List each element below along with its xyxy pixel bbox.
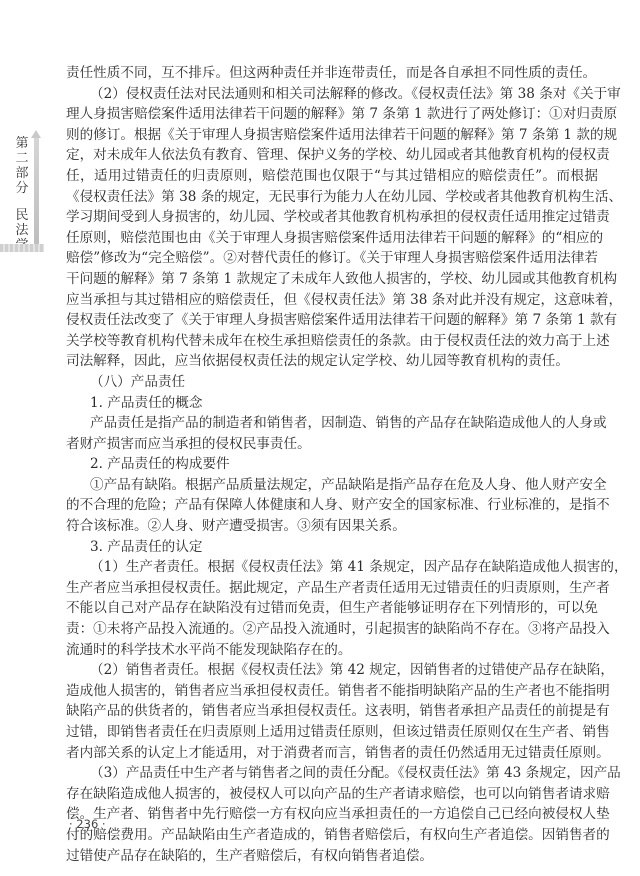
text-line: 干问题的解释》第 7 条第 1 款规定了未成年人致他人损害的，学校、幼儿园或其他… bbox=[66, 269, 598, 290]
text-line: 付的赔偿费用。产品缺陷由生产者造成的，销售者赔偿后，有权向生产者追偿。因销售者的 bbox=[66, 825, 598, 846]
side-gap bbox=[14, 196, 30, 208]
text-line: 定，对未成年人依法负有教育、管理、保护义务的学校、幼儿园或者其他教育机构的侵权责 bbox=[66, 145, 598, 166]
text-line: 3. 产品责任的认定 bbox=[66, 537, 598, 558]
text-line: 侵权责任法改变了《关于审理人身损害赔偿案件适用法律若干问题的解释》第 7 条第 … bbox=[66, 310, 598, 331]
text-line: 《侵权责任法》第 38 条的规定，无民事行为能力人在幼儿园、学校或者其他教育机构… bbox=[66, 187, 598, 208]
text-line: 不能以自己对产品存在缺陷没有过错而免责，但生产者能够证明存在下列情形的，可以免 bbox=[66, 598, 598, 619]
text-line: （3）产品责任中生产者与销售者之间的责任分配。《侵权责任法》第 43 条规定，因… bbox=[66, 763, 598, 784]
side-char: 民 bbox=[14, 208, 30, 223]
text-line: 1. 产品责任的概念 bbox=[66, 393, 598, 414]
side-char: 分 bbox=[14, 181, 30, 196]
page-number: · 236 · bbox=[69, 817, 106, 831]
text-line: 赔偿”修改为“完全赔偿”。②对替代责任的修订。《关于审理人身损害赔偿案件适用法律… bbox=[66, 248, 598, 269]
text-line: 关学校等教育机构代替未成年在校生承担赔偿责任的条款。由于侵权责任法的效力高于上述 bbox=[66, 331, 598, 352]
text-line: 的不合理的危险；产品有保障人体健康和人身、财产安全的国家标准、行业标准的，是指不 bbox=[66, 495, 598, 516]
text-line: 过错，即销售者责任在归责原则上适用过错责任原则，但该过错责任原则仅在生产者、销售 bbox=[66, 722, 598, 743]
text-line: 学习期间受到人身损害的，幼儿园、学校或者其他教育机构承担的侵权责任适用推定过错责 bbox=[66, 207, 598, 228]
text-line: 理人身损害赔偿案件适用法律若干问题的解释》第 7 条第 1 款进行了两处修订：①… bbox=[66, 104, 598, 125]
text-line: 者内部关系的认定上才能适用，对于消费者而言，销售者的责任仍然适用无过错责任原则。 bbox=[66, 743, 598, 764]
text-line: 符合该标准。②人身、财产遭受损害。③须有因果关系。 bbox=[66, 516, 598, 537]
text-line: 偿。生产者、销售者中先行赔偿一方有权向应当承担责任的一方追偿自己已经向被侵权人垫 bbox=[66, 804, 598, 825]
text-line: （1）生产者责任。根据《侵权责任法》第 41 条规定，因产品存在缺陷造成他人损害… bbox=[66, 557, 598, 578]
text-line: 责任性质不同，互不排斥。但这两种责任并非连带责任，而是各自承担不同性质的责任。 bbox=[66, 63, 598, 84]
text-line: 缺陷产品的供货者的，销售者应当承担侵权责任。这表明，销售者承担产品责任的前提是有 bbox=[66, 701, 598, 722]
text-line: 司法解释，因此，应当依据侵权责任法的规定认定学校、幼儿园等教育机构的责任。 bbox=[66, 351, 598, 372]
text-line: 应当承担与其过错相应的赔偿责任，但《侵权责任法》第 38 条对此并没有规定，这意… bbox=[66, 290, 598, 311]
page-body: 责任性质不同，互不排斥。但这两种责任并非连带责任，而是各自承担不同性质的责任。（… bbox=[66, 63, 598, 866]
text-line: 存在缺陷造成他人损害的，被侵权人可以向产品的生产者请求赔偿，也可以向销售者请求赔 bbox=[66, 784, 598, 805]
text-line: 流通时的科学技术水平尚不能发现缺陷存在的。 bbox=[66, 640, 598, 661]
side-char: 部 bbox=[14, 166, 30, 181]
section-side-tab: 第 二 部 分 民 法 学 bbox=[14, 136, 42, 248]
text-line: 则的修订。根据《关于审理人身损害赔偿案件适用法律若干问题的解释》第 7 条第 1… bbox=[66, 125, 598, 146]
text-line: 产品责任是指产品的制造者和销售者，因制造、销售的产品存在缺陷造成他人的人身或 bbox=[66, 413, 598, 434]
text-line: （八）产品责任 bbox=[66, 372, 598, 393]
text-line: 生产者应当承担侵权责任。据此规定，产品生产者责任适用无过错责任的归责原则，生产者 bbox=[66, 578, 598, 599]
side-tab-base-bar bbox=[0, 244, 44, 252]
side-char: 二 bbox=[14, 151, 30, 166]
up-arrow-icon bbox=[34, 136, 39, 246]
text-line: 过错使产品存在缺陷的，生产者赔偿后，有权向销售者追偿。 bbox=[66, 846, 598, 867]
text-line: 者财产损害而应当承担的侵权民事责任。 bbox=[66, 434, 598, 455]
text-line: 造成他人损害的，销售者应当承担侵权责任。销售者不能指明缺陷产品的生产者也不能指明 bbox=[66, 681, 598, 702]
section-side-label: 第 二 部 分 民 法 学 bbox=[14, 136, 30, 253]
text-line: （2）侵权责任法对民法通则和相关司法解释的修改。《侵权责任法》第 38 条对《关… bbox=[66, 84, 598, 105]
text-line: ①产品有缺陷。根据产品质量法规定，产品缺陷是指产品存在危及人身、他人财产安全 bbox=[66, 475, 598, 496]
text-line: （2）销售者责任。根据《侵权责任法》第 42 规定，因销售者的过错使产品存在缺陷… bbox=[66, 660, 598, 681]
text-line: 责：①未将产品投入流通的。②产品投入流通时，引起损害的缺陷尚不存在。③将产品投入 bbox=[66, 619, 598, 640]
side-char: 第 bbox=[14, 136, 30, 151]
side-char: 法 bbox=[14, 223, 30, 238]
text-line: 任，适用过错责任的归责原则，赔偿范围也仅限于“与其过错相应的赔偿责任”。而根据 bbox=[66, 166, 598, 187]
text-line: 2. 产品责任的构成要件 bbox=[66, 454, 598, 475]
text-line: 任原则，赔偿范围也由《关于审理人身损害赔偿案件适用法律若干问题的解释》的“相应的 bbox=[66, 228, 598, 249]
